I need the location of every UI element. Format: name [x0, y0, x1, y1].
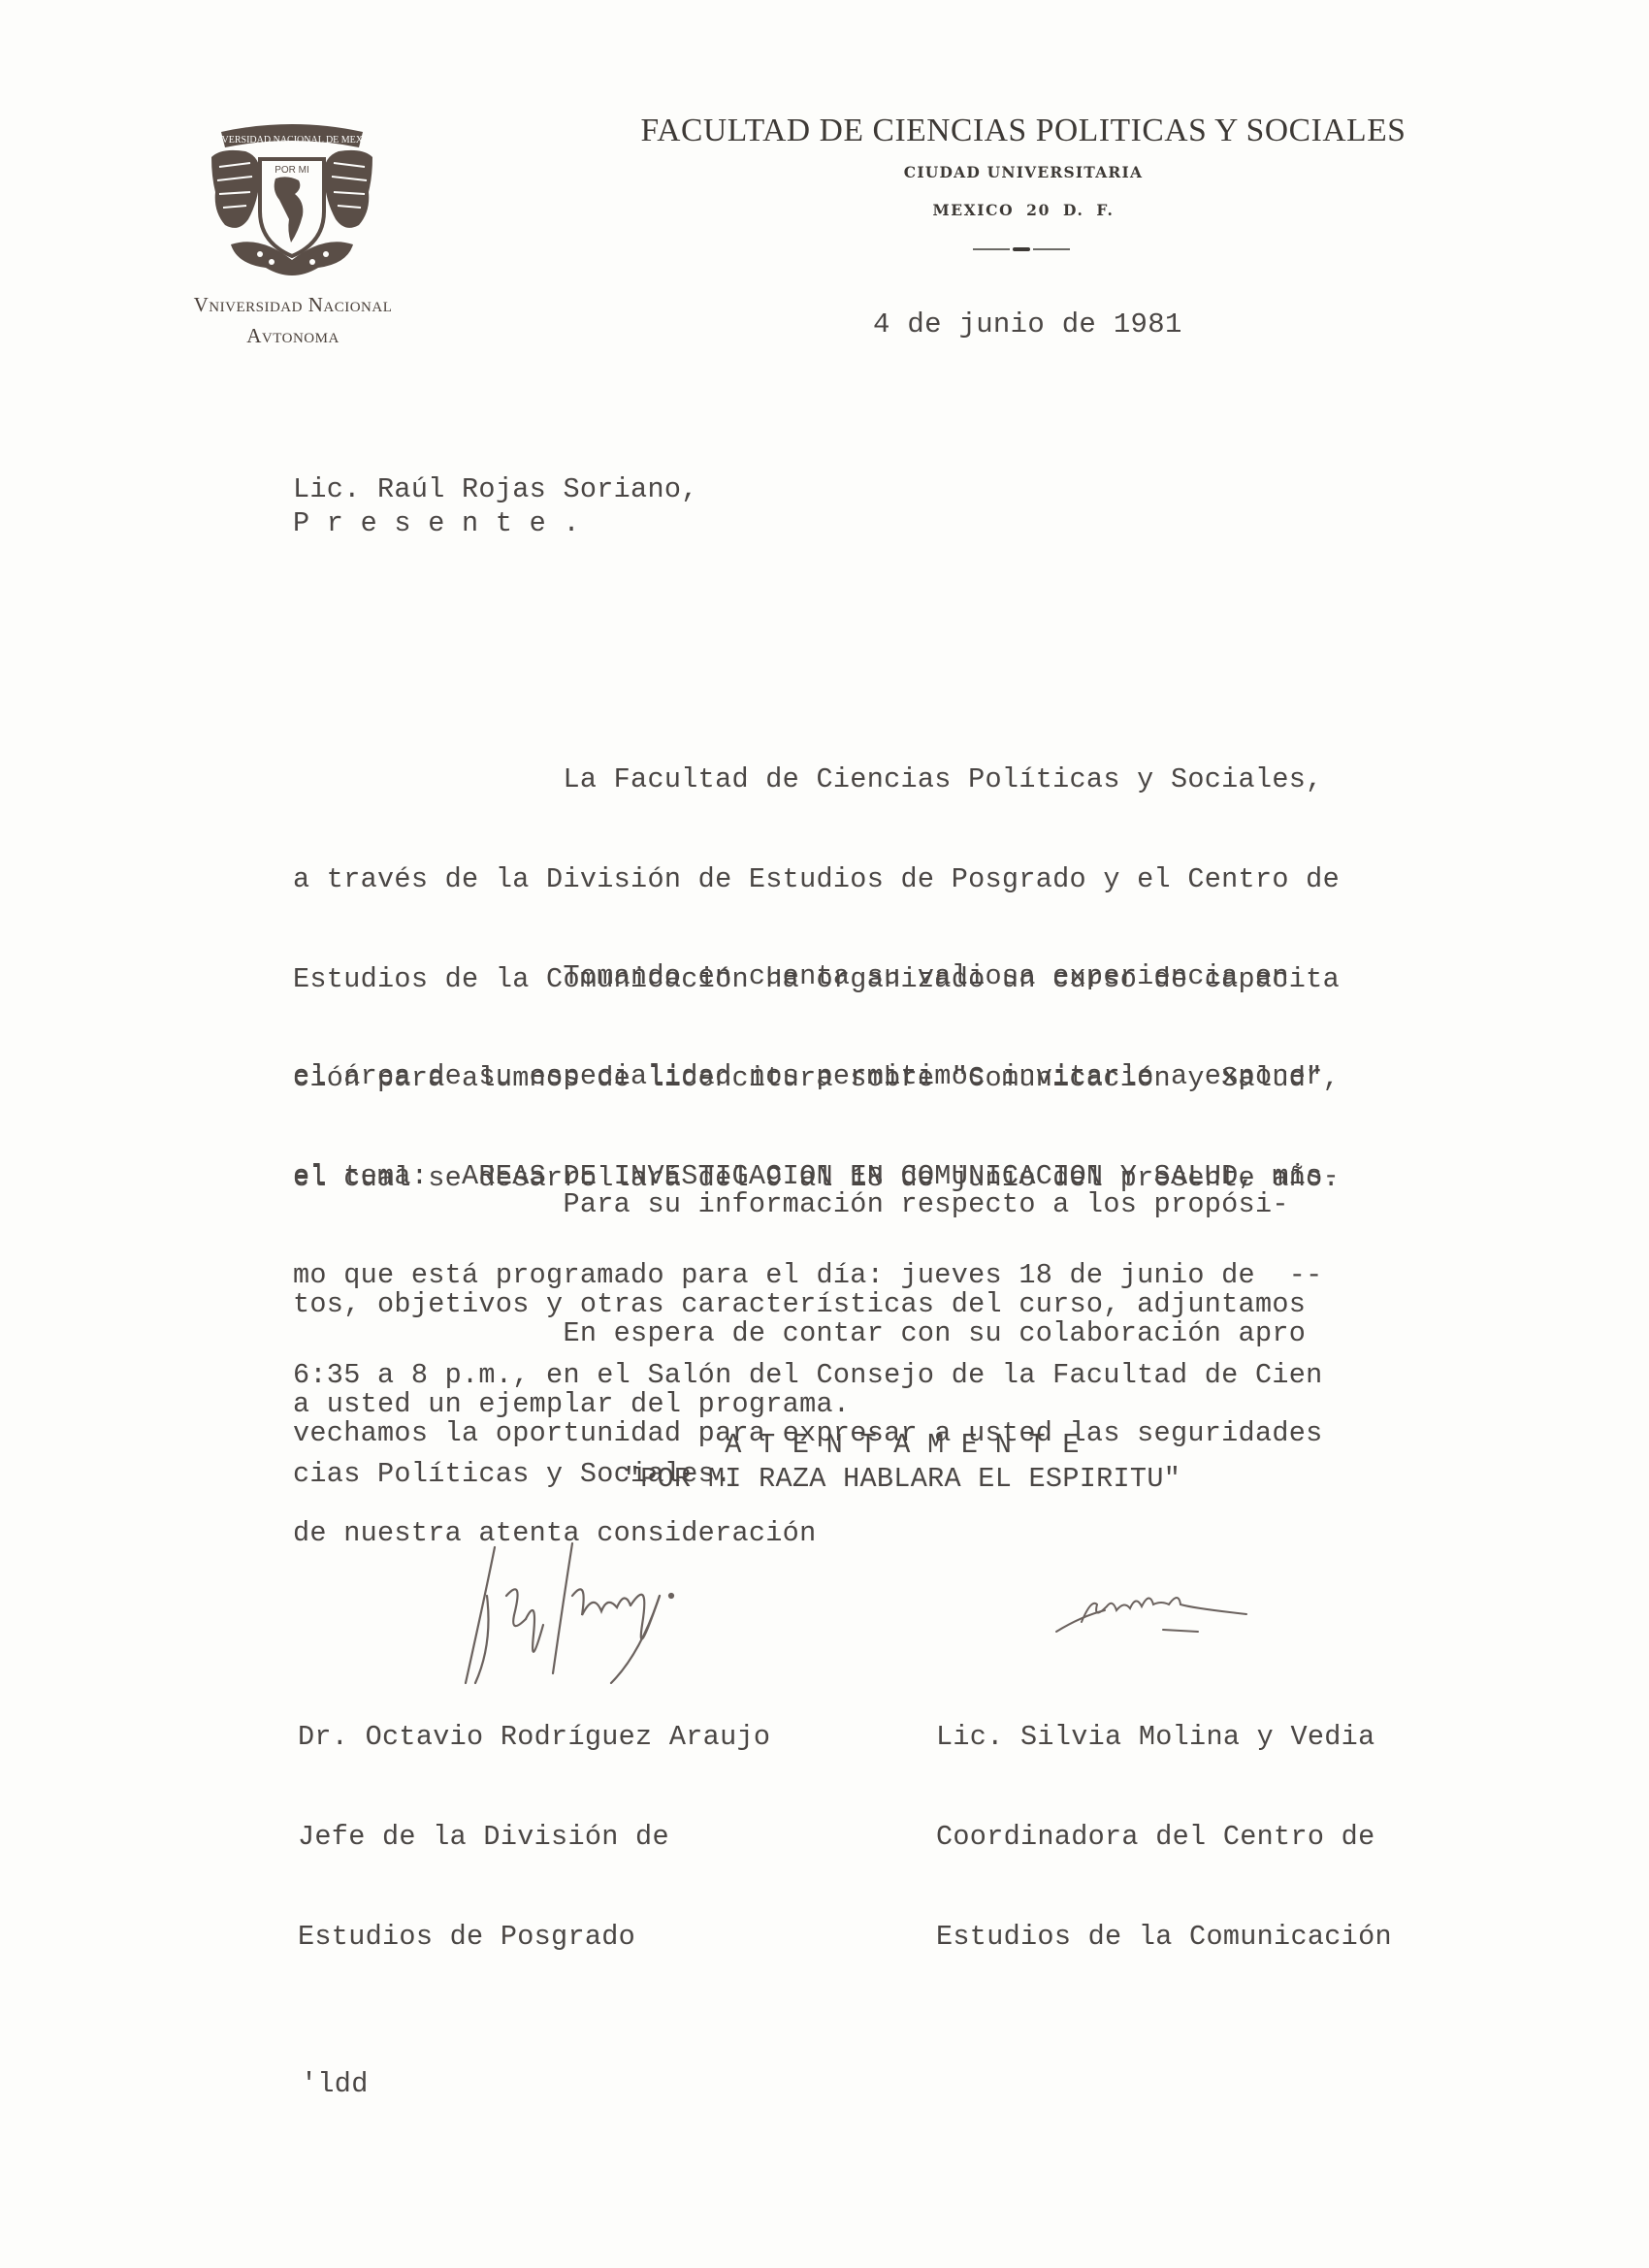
- paragraph-line: En espera de contar con su colaboración …: [293, 1317, 1323, 1350]
- paragraph-line: el área de su especialidad nos permitimo…: [293, 1060, 1340, 1093]
- divider-ornament: [973, 240, 1070, 245]
- body-paragraph-4: En espera de contar con su colaboración …: [293, 1251, 1323, 1583]
- signatory-title: Estudios de Posgrado: [298, 1921, 770, 1954]
- unam-coat-of-arms-icon: UNIVERSIDAD NACIONAL DE MEXICO POR MI: [202, 118, 382, 283]
- signatory-title: Jefe de la División de: [298, 1821, 770, 1854]
- signatory-right: Lic. Silvia Molina y Vedia Coordinadora …: [936, 1655, 1392, 1987]
- campus-name: CIUDAD UNIVERSITARIA: [543, 163, 1503, 181]
- seal-caption-line1: Vniversidad Nacional: [167, 289, 419, 320]
- recipient-name: Lic. Raúl Rojas Soriano,: [293, 473, 698, 506]
- signatory-name: Lic. Silvia Molina y Vedia: [936, 1721, 1392, 1754]
- signatory-title: Estudios de la Comunicación: [936, 1921, 1392, 1954]
- closing-salutation: A T E N T A M E N T E: [543, 1429, 1261, 1462]
- closing-motto: "POR MI RAZA HABLARA EL ESPIRITU": [543, 1463, 1261, 1496]
- seal-caption: Vniversidad Nacional Avtonoma: [167, 289, 419, 351]
- paragraph-line: La Facultad de Ciencias Políticas y Soci…: [293, 763, 1340, 796]
- typist-initials: 'ldd: [301, 2068, 369, 2101]
- seal-shield-text: POR MI: [275, 165, 309, 176]
- seal-ribbon-text: UNIVERSIDAD NACIONAL DE MEXICO: [205, 135, 379, 146]
- seal-caption-line2: Avtonoma: [167, 320, 419, 351]
- letter-date: 4 de junio de 1981: [873, 308, 1182, 341]
- handwritten-signature-icon: [1052, 1571, 1334, 1649]
- paragraph-line: Tomando en cuenta su valiosa experiencia…: [293, 960, 1340, 993]
- city-address: MEXICO 20 D. F.: [543, 201, 1503, 219]
- recipient-presente: P r e s e n t e .: [293, 507, 580, 540]
- faculty-title: FACULTAD DE CIENCIAS POLITICAS Y SOCIALE…: [543, 113, 1503, 149]
- signatory-name: Dr. Octavio Rodríguez Araujo: [298, 1721, 770, 1754]
- signatory-title: Coordinadora del Centro de: [936, 1821, 1392, 1854]
- paragraph-line: Para su información respecto a los propó…: [293, 1188, 1306, 1221]
- signatory-left: Dr. Octavio Rodríguez Araujo Jefe de la …: [298, 1655, 770, 1987]
- paragraph-line: a través de la División de Estudios de P…: [293, 863, 1340, 896]
